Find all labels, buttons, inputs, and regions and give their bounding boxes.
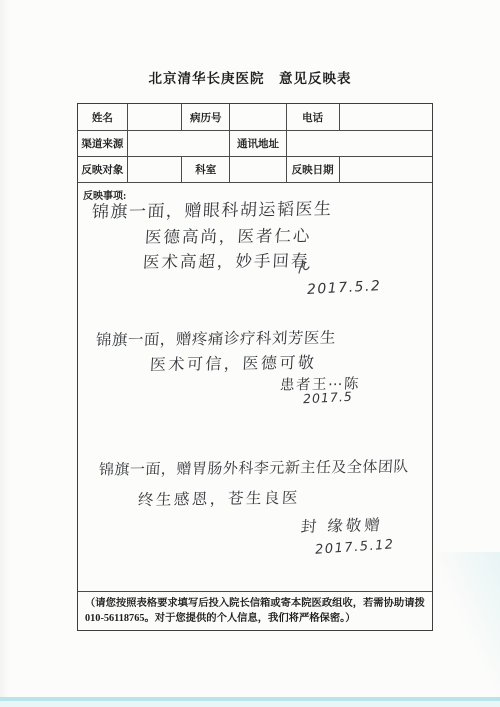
footer-note-line1: （请您按照表格要求填写后投入院长信箱或寄本院医政组收，若需协助请拨 — [85, 598, 425, 609]
value-feedback-date — [340, 157, 432, 183]
form-title: 北京清华长庚医院 意见反映表 — [0, 67, 500, 87]
label-name: 姓名 — [78, 104, 128, 131]
handwritten-entry1-line1: 锦旗一面，赠眼科胡运韬医生 — [91, 194, 333, 222]
handwritten-entry3-line1: 锦旗一面，赠胃肠外科李元新主任及全体团队 — [98, 455, 409, 479]
value-phone — [340, 104, 432, 131]
handwritten-entry2-date: 2017.5 — [303, 389, 353, 407]
label-department: 科室 — [182, 157, 230, 183]
footer-note: （请您按照表格要求填写后投入院长信箱或寄本院医政组收，若需协助请拨 010-56… — [78, 592, 432, 630]
table-row: （请您按照表格要求填写后投入院长信箱或寄本院医政组收，若需协助请拨 010-56… — [78, 592, 432, 630]
label-mailing-address: 通讯地址 — [230, 131, 287, 157]
footer-note-line2: 010-56118765。对于您提供的个人信息，我们将严格保密。） — [85, 613, 356, 624]
handwritten-entry3-line2: 终生感恩，苍生良医 — [137, 486, 300, 510]
handwritten-entry1-line2: 医德高尚，医者仁心 — [144, 222, 312, 247]
handwritten-entry2-line1: 锦旗一面，赠疼痛诊疗科刘芳医生 — [95, 326, 336, 351]
label-feedback-target: 反映对象 — [78, 157, 128, 183]
handwritten-entry1-line3: 医术高超，妙手回春 — [142, 247, 310, 272]
value-name — [128, 104, 183, 131]
value-feedback-target — [128, 157, 183, 183]
scan-left-shadow — [0, 0, 10, 707]
label-phone: 电话 — [287, 104, 340, 131]
table-row: 反映对象 科室 反映日期 — [78, 157, 432, 183]
label-feedback-date: 反映日期 — [287, 157, 340, 183]
label-channel-source: 渠道来源 — [78, 131, 128, 157]
value-medical-record-no — [230, 104, 287, 131]
value-department — [230, 157, 287, 183]
scanner-background-strip — [0, 697, 500, 707]
handwritten-entry3-signature: 封 缘敬赠 — [300, 513, 384, 537]
table-row: 姓名 病历号 电话 — [78, 104, 432, 131]
scan-corner-tint — [436, 552, 500, 697]
handwritten-entry2-line2: 医术可信，医德可敬 — [149, 350, 317, 375]
value-channel-source — [128, 131, 230, 157]
label-medical-record-no: 病历号 — [182, 104, 230, 131]
value-mailing-address — [287, 131, 432, 157]
table-row: 渠道来源 通讯地址 — [78, 131, 432, 157]
scanned-form-page: { "title": "北京清华长庚医院 意见反映表", "colors": {… — [0, 0, 500, 707]
ink-squiggle-mark — [296, 258, 312, 276]
